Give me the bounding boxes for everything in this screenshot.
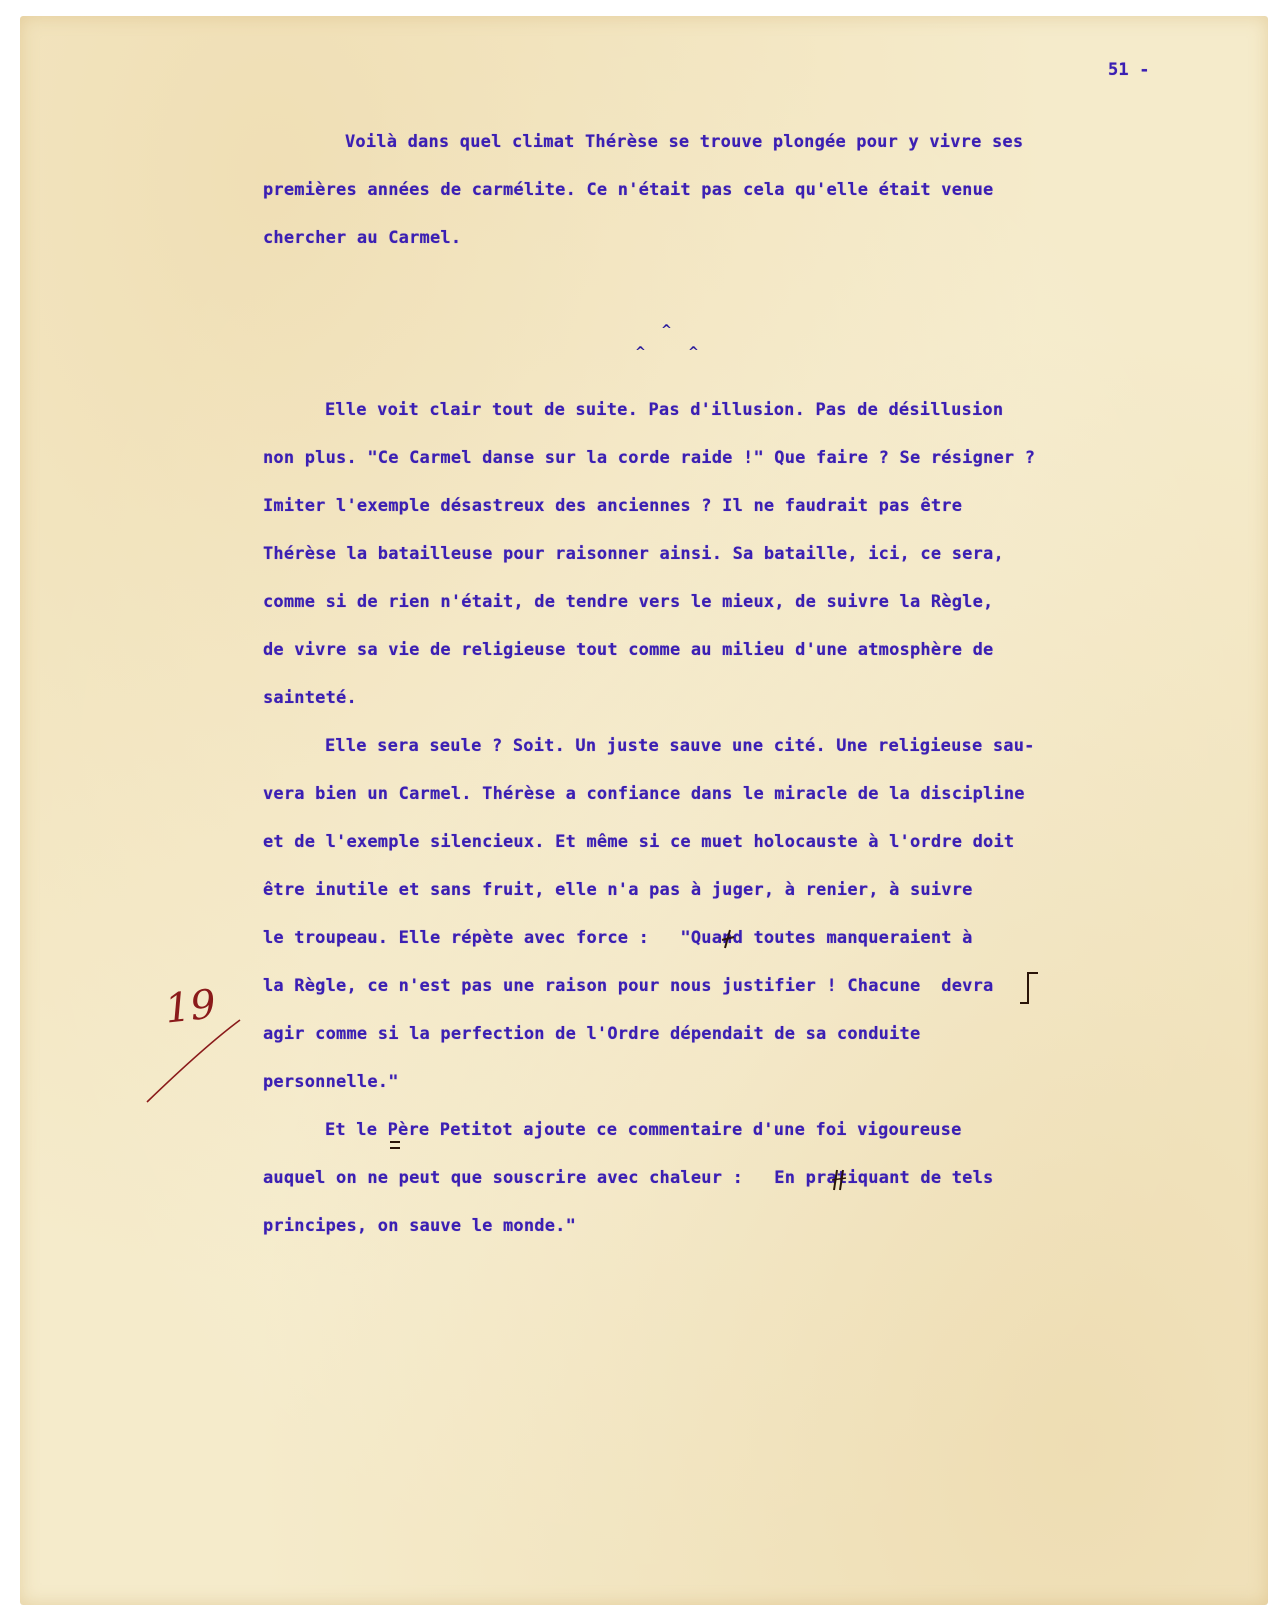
bracket-mark-icon <box>1018 970 1040 1006</box>
text-line: Elle voit clair tout de suite. Pas d'ill… <box>325 400 1003 420</box>
text-line: Voilà dans quel climat Thérèse se trouve… <box>345 132 1023 152</box>
insertion-mark-icon <box>720 928 736 950</box>
text-line: le troupeau. Elle répète avec force : "Q… <box>263 928 973 948</box>
text-line: chercher au Carmel. <box>263 228 461 248</box>
separator-caret-left: ^ <box>635 346 646 359</box>
text-line: Thérèse la batailleuse pour raisonner ai… <box>263 544 1004 564</box>
text-line: Et le Père Petitot ajoute ce commentaire… <box>325 1120 962 1140</box>
text-line: auquel on ne peut que souscrire avec cha… <box>263 1168 993 1188</box>
typed-page: 51 - Voilà dans quel climat Thérèse se t… <box>20 16 1268 1605</box>
text-line: non plus. "Ce Carmel danse sur la corde … <box>263 448 1035 468</box>
underline-mark-icon <box>388 1138 402 1156</box>
quote-correction-mark-icon <box>830 1168 848 1192</box>
separator-caret-top: ^ <box>661 324 672 337</box>
text-line: sainteté. <box>263 688 357 708</box>
text-line: la Règle, ce n'est pas une raison pour n… <box>263 976 993 996</box>
text-line: et de l'exemple silencieux. Et même si c… <box>263 832 1014 852</box>
text-line: être inutile et sans fruit, elle n'a pas… <box>263 880 973 900</box>
text-line: principes, on sauve le monde." <box>263 1216 576 1236</box>
text-line: de vivre sa vie de religieuse tout comme… <box>263 640 993 660</box>
margin-slash-mark-icon <box>145 1016 245 1106</box>
text-line: Elle sera seule ? Soit. Un juste sauve u… <box>325 736 1035 756</box>
text-line: Imiter l'exemple désastreux des ancienne… <box>263 496 962 516</box>
text-line: agir comme si la perfection de l'Ordre d… <box>263 1024 920 1044</box>
separator-caret-right: ^ <box>688 346 699 359</box>
text-line: premières années de carmélite. Ce n'étai… <box>263 180 993 200</box>
text-line: comme si de rien n'était, de tendre vers… <box>263 592 993 612</box>
text-line: personnelle." <box>263 1072 399 1092</box>
page-number: 51 - <box>1108 60 1150 80</box>
text-line: vera bien un Carmel. Thérèse a confiance… <box>263 784 1025 804</box>
